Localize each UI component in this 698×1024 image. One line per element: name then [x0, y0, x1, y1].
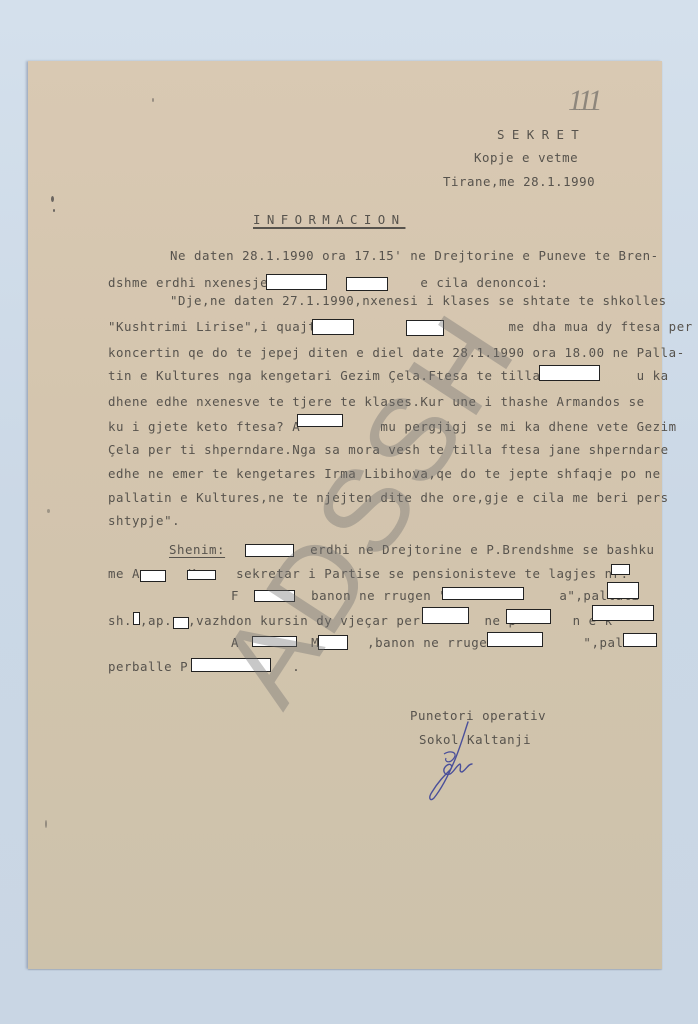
redaction-box: [422, 607, 469, 624]
handwritten-signature: [424, 718, 484, 802]
redaction-box: [607, 582, 639, 599]
place-date: Tirane,me 28.1.1990: [443, 175, 595, 189]
redaction-box: [133, 612, 140, 625]
body-line-3: "Dje,ne daten 27.1.1990,nxenesi i klases…: [170, 294, 667, 308]
body-line-10: edhe ne emer te kengetares Irma Libihova…: [108, 467, 661, 481]
classification-label: SEKRET: [497, 128, 586, 142]
redaction-box: [506, 609, 551, 624]
paper-speck: [47, 509, 50, 513]
redaction-box: [592, 605, 654, 621]
copy-note: Kopje e vetme: [474, 151, 578, 165]
document-title: INFORMACION: [253, 213, 405, 227]
paper-speck: [45, 820, 47, 828]
body-line-1: Ne daten 28.1.1990 ora 17.15' ne Drejtor…: [170, 249, 659, 263]
redaction-box: [312, 319, 354, 335]
redaction-box: [245, 544, 294, 557]
body-line-2: dshme erdhi nxenesje F B e cila denoncoi…: [108, 276, 549, 290]
redaction-box: [623, 633, 657, 647]
redaction-box: [406, 320, 444, 336]
body-line-11: pallatin e Kultures,ne te njejten dite d…: [108, 491, 669, 505]
redaction-box: [539, 365, 600, 381]
body-line-9: Çela per ti shperndare.Nga sa mora vesh …: [108, 443, 669, 457]
redaction-box: [346, 277, 388, 291]
redaction-box: [254, 590, 295, 602]
redaction-box: [266, 274, 327, 290]
redaction-box: [173, 617, 189, 629]
redaction-box: [187, 570, 216, 580]
paper-speck: [53, 209, 55, 212]
redaction-box: [442, 587, 524, 600]
paper-speck: [152, 98, 154, 102]
body-line-5: koncertin qe do te jepej diten e diel da…: [108, 346, 685, 360]
redaction-box: [487, 632, 543, 647]
paper-speck: [51, 196, 54, 202]
redaction-box: [318, 635, 348, 650]
page-number-mark: 111: [568, 84, 600, 118]
redaction-box: [252, 636, 297, 647]
redaction-box: [140, 570, 166, 582]
body-line-12: shtypje".: [108, 514, 180, 528]
body-line-4: "Kushtrimi Lirise",i quajtur A M me dha …: [108, 320, 698, 334]
redaction-box: [297, 414, 343, 427]
body-line-8: ku i gjete keto ftesa? A mu pergjigj se …: [108, 420, 677, 434]
note-label: Shenim:: [169, 543, 225, 557]
body-line-7: dhene edhe nxenesve te tjere te klases.K…: [108, 395, 645, 409]
redaction-box: [191, 658, 271, 672]
redaction-box: [611, 564, 630, 575]
